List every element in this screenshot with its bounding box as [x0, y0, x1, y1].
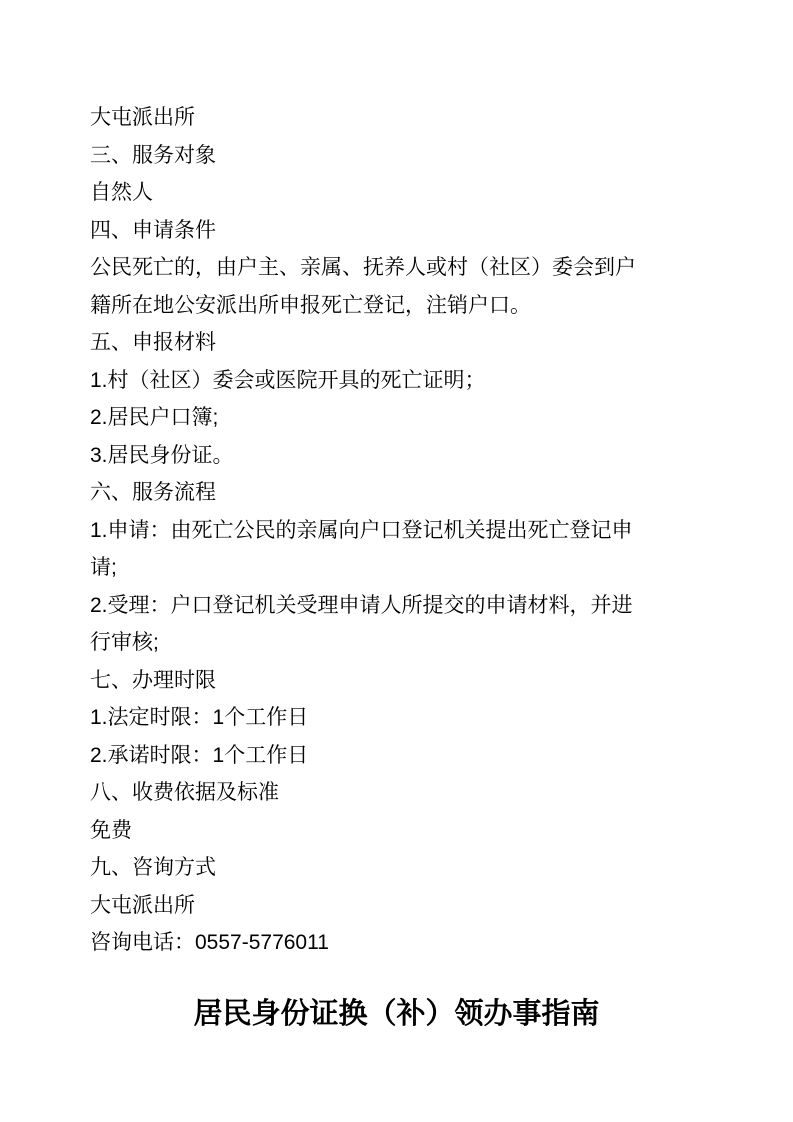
document-line-condition-2: 籍所在地公安派出所申报死亡登记，注销户口。: [90, 287, 793, 325]
document-line-free: 免费: [90, 812, 793, 850]
document-line-process-1b: 请;: [90, 549, 793, 587]
next-guide-title: 居民身份证换（补）领办事指南: [90, 990, 703, 1038]
document-line-limit-1: 1.法定时限：1个工作日: [90, 699, 793, 737]
document-heading-3: 三、服务对象: [90, 137, 793, 175]
document-line-process-2b: 行审核;: [90, 624, 793, 662]
document-heading-4: 四、申请条件: [90, 212, 793, 250]
document-heading-6: 六、服务流程: [90, 474, 793, 512]
document-page: 大屯派出所 三、服务对象 自然人 四、申请条件 公民死亡的，由户主、亲属、抚养人…: [0, 0, 793, 1122]
document-heading-7: 七、办理时限: [90, 662, 793, 700]
document-line-process-1a: 1.申请：由死亡公民的亲属向户口登记机关提出死亡登记申: [90, 512, 793, 550]
document-line-material-3: 3.居民身份证。: [90, 437, 793, 475]
document-heading-5: 五、申报材料: [90, 324, 793, 362]
document-line-office-2: 大屯派出所: [90, 887, 793, 925]
document-line-condition-1: 公民死亡的，由户主、亲属、抚养人或村（社区）委会到户: [90, 249, 793, 287]
document-line-material-1: 1.村（社区）委会或医院开具的死亡证明；: [90, 362, 793, 400]
document-line-limit-2: 2.承诺时限：1个工作日: [90, 737, 793, 775]
document-line-office: 大屯派出所: [90, 99, 793, 137]
document-line-material-2: 2.居民户口簿;: [90, 399, 793, 437]
document-line-phone: 咨询电话：0557-5776011: [90, 924, 793, 962]
document-heading-9: 九、咨询方式: [90, 849, 793, 887]
document-line-process-2a: 2.受理：户口登记机关受理申请人所提交的申请材料，并进: [90, 587, 793, 625]
document-content: 大屯派出所 三、服务对象 自然人 四、申请条件 公民死亡的，由户主、亲属、抚养人…: [90, 99, 793, 1038]
document-heading-8: 八、收费依据及标准: [90, 774, 793, 812]
document-line-natural-person: 自然人: [90, 174, 793, 212]
